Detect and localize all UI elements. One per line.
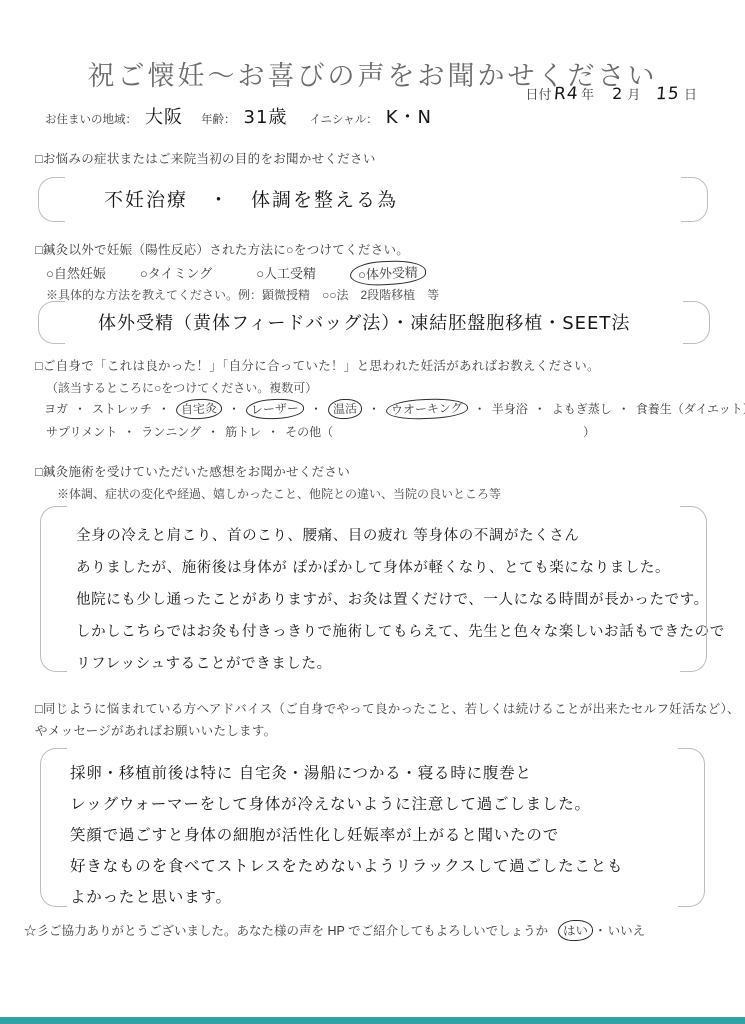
option-other: その他（ bbox=[285, 423, 333, 440]
other-close-paren: ） bbox=[583, 423, 595, 440]
hand-circle: 自宅灸 bbox=[176, 398, 223, 420]
q3-options-row2: サプリメント・ ランニング・ 筋トレ・ その他（ ） bbox=[46, 423, 595, 440]
q1-heading: □お悩みの症状またはご来院当初の目的をお聞かせください bbox=[35, 149, 376, 167]
q3-heading: □ご自身で「これは良かった！」「自分に合っていた！」と思われた妊活があればお教え… bbox=[35, 356, 600, 374]
consent-separator: ・ bbox=[594, 921, 607, 939]
age-label: 年齢： bbox=[201, 111, 236, 127]
q3-options-row1: ヨガ・ ストレッチ・ 自宅灸・ レーザー・ 温活・ ウオーキング・ 半身浴・ よ… bbox=[44, 399, 745, 419]
initial-value: K・N bbox=[386, 103, 432, 129]
option-stretch: ストレッチ bbox=[92, 400, 152, 417]
option-separator: ・ bbox=[74, 400, 86, 417]
q5-answer-line: よかったと思います。 bbox=[70, 882, 623, 913]
option-separator: ・ bbox=[207, 423, 219, 440]
option-separator: ・ bbox=[228, 400, 240, 417]
date-month-value: 2 bbox=[612, 84, 623, 103]
consent-yes: はい bbox=[563, 924, 588, 939]
q4-heading: □鍼灸施術を受けていただいた感想をお聞かせください bbox=[35, 462, 350, 480]
profile-line: お住まいの地域： 大阪 年齢： 31歳 イニシャル： K・N bbox=[45, 103, 432, 129]
option-muscle-training: 筋トレ bbox=[225, 423, 261, 440]
option-natural-pregnancy: ○自然妊娠 bbox=[46, 263, 106, 282]
q5-heading-line1: □同じように悩まれている方へアドバイス（ご自身でやって良かったこと、若しくは続け… bbox=[35, 699, 740, 717]
hand-circle: ウオーキング bbox=[386, 398, 468, 421]
date-line: 日付 R4 年 2 月 15 日 bbox=[525, 84, 697, 104]
q4-note: ※体調、症状の変化や経過、嬉しかったこと、他院との違い、当院の良いところ等 bbox=[57, 485, 501, 502]
footer-message: ☆彡ご協力ありがとうございました。あなた様の声を HP でご紹介してもよろしいで… bbox=[24, 921, 548, 939]
option-supplement: サプリメント bbox=[46, 423, 117, 440]
option-separator: ・ bbox=[618, 400, 630, 417]
option-separator: ・ bbox=[158, 400, 170, 417]
q5-answer-line: 採卵・移植前後は特に 自宅灸・湯船につかる・寝る時に腹巻と bbox=[70, 758, 623, 789]
q1-answer-box: 不妊治療 ・ 体調を整える為 bbox=[38, 177, 708, 222]
scanned-feedback-form: 祝ご懐妊～お喜びの声をお聞かせください 日付 R4 年 2 月 15 日 お住ま… bbox=[0, 0, 745, 1024]
q4-answer-text: 全身の冷えと肩こり、首のこり、腰痛、目の疲れ 等身体の不調がたくさん ありました… bbox=[76, 520, 725, 680]
q5-heading-line2: やメッセージがあればお願いいたします。 bbox=[35, 721, 276, 739]
q4-answer-line: ありましたが、施術後は身体が ぽかぽかして身体が軽くなり、とても楽になりました。 bbox=[76, 552, 725, 584]
option-yomogi-steam: よもぎ蒸し bbox=[552, 400, 612, 417]
date-day-value: 15 bbox=[655, 84, 680, 104]
q5-answer-text: 採卵・移植前後は特に 自宅灸・湯船につかる・寝る時に腹巻と レッグウォーマーをし… bbox=[70, 758, 623, 913]
q4-answer-line: 全身の冷えと肩こり、首のこり、腰痛、目の疲れ 等身体の不調がたくさん bbox=[76, 520, 725, 552]
age-value: 31歳 bbox=[244, 103, 288, 129]
option-home-moxa: 自宅灸 bbox=[181, 401, 217, 416]
option-separator: ・ bbox=[474, 400, 486, 417]
option-yoga: ヨガ bbox=[44, 400, 68, 417]
date-day-unit: 日 bbox=[684, 84, 697, 103]
q2-answer-box: 体外受精（黄体フィードバッグ法）・凍結胚盤胞移植・SEET法 bbox=[38, 301, 710, 344]
q4-answer-line: リフレッシュすることができました。 bbox=[76, 648, 725, 680]
footer-consent-line: ☆彡ご協力ありがとうございました。あなた様の声を HP でご紹介してもよろしいで… bbox=[24, 920, 645, 941]
hand-circle: ○体外受精 bbox=[350, 259, 427, 286]
hand-circle: レーザー bbox=[246, 398, 305, 420]
option-separator: ・ bbox=[267, 423, 279, 440]
option-separator: ・ bbox=[310, 400, 322, 417]
option-separator: ・ bbox=[368, 400, 380, 417]
hand-circle: 温活 bbox=[328, 398, 363, 419]
initial-label: イニシャル： bbox=[309, 111, 377, 127]
q5-answer-line: 好きなものを食べてストレスをためないようリラックスして過ごしたことも bbox=[70, 851, 623, 882]
q2-answer: 体外受精（黄体フィードバッグ法）・凍結胚盤胞移植・SEET法 bbox=[98, 309, 630, 335]
q2-heading: □鍼灸以外で妊娠（陽性反応）された方法に○をつけてください。 bbox=[35, 240, 409, 258]
date-month-unit: 月 bbox=[627, 84, 640, 103]
option-running: ランニング bbox=[141, 423, 201, 440]
option-separator: ・ bbox=[534, 400, 546, 417]
date-label: 日付 bbox=[525, 84, 551, 103]
option-artificial-insemination: ○人工受精 bbox=[256, 263, 316, 282]
option-laser: レーザー bbox=[251, 401, 299, 417]
q4-answer-line: しかしこちらではお灸も付きっきりで施術してもらえて、先生と色々な楽しいお話もでき… bbox=[76, 616, 725, 648]
region-value: 大阪 bbox=[145, 103, 183, 129]
region-label: お住まいの地域： bbox=[45, 111, 137, 127]
option-onkatsu: 温活 bbox=[333, 402, 357, 417]
q5-answer-box: 採卵・移植前後は特に 自宅灸・湯船につかる・寝る時に腹巻と レッグウォーマーをし… bbox=[40, 748, 705, 907]
option-separator: ・ bbox=[123, 423, 135, 440]
q2-options: ○自然妊娠 ○タイミング ○人工受精 ○体外受精 bbox=[46, 261, 426, 285]
q3-note: （該当するところに○をつけてください。複数可） bbox=[46, 379, 317, 396]
q5-answer-line: レッグウォーマーをして身体が冷えないように注意して過ごしました。 bbox=[70, 789, 623, 820]
bottom-accent-strip bbox=[0, 1017, 745, 1024]
q1-answer: 不妊治療 ・ 体調を整える為 bbox=[104, 185, 398, 212]
date-era-year-value: R4 bbox=[554, 84, 580, 104]
consent-no: いいえ bbox=[608, 921, 646, 939]
option-timing: ○タイミング bbox=[140, 263, 212, 282]
option-diet: 食養生（ダイエット） bbox=[636, 400, 745, 417]
q4-answer-box: 全身の冷えと肩こり、首のこり、腰痛、目の疲れ 等身体の不調がたくさん ありました… bbox=[40, 506, 707, 672]
hand-circle: はい bbox=[558, 919, 594, 941]
option-ivf: ○体外受精 bbox=[358, 265, 418, 283]
date-year-unit: 年 bbox=[581, 84, 594, 103]
option-half-bath: 半身浴 bbox=[492, 400, 528, 417]
q4-answer-line: 他院にも少し通ったことがありますが、お灸は置くだけで、一人になる時間が長かったで… bbox=[76, 584, 725, 616]
q5-answer-line: 笑顔で過ごすと身体の細胞が活性化し妊娠率が上がると聞いたので bbox=[70, 820, 623, 851]
option-walking: ウオーキング bbox=[391, 401, 463, 417]
